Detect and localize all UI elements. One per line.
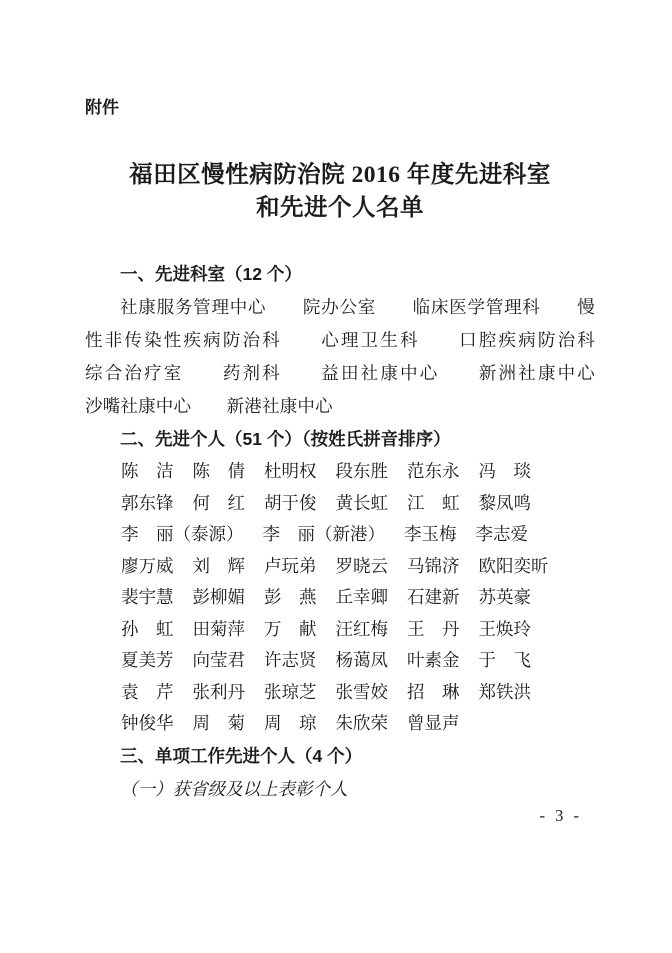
- person-name: 陈 洁: [121, 456, 174, 488]
- person-name: 王 丹: [407, 614, 460, 646]
- person-name: 向莹君: [193, 645, 246, 677]
- page-number: - 3 -: [540, 806, 583, 826]
- attachment-label: 附件: [85, 97, 595, 119]
- person-name: 马锦济: [407, 551, 460, 583]
- person-name: 朱欣荣: [336, 708, 389, 740]
- document-title: 福田区慢性病防治院 2016 年度先进科室 和先进个人名单: [85, 159, 595, 225]
- person-name: 田菊萍: [193, 614, 246, 646]
- person-name: 张利丹: [193, 677, 246, 709]
- person-name: 周 琼: [264, 708, 317, 740]
- section-heading-departments: 一、先进科室（12 个）: [85, 258, 595, 291]
- person-name: 张琼芝: [264, 677, 317, 709]
- person-name: 彭柳媚: [193, 582, 246, 614]
- person-name: 许志贤: [264, 645, 317, 677]
- person-name: 钟俊华: [121, 708, 174, 740]
- person-name: 何 红: [193, 488, 246, 520]
- individuals-name-rows: 陈 洁陈 倩杜明权段东胜范东永冯 琰郭东锋何 红胡于俊黄长虹江 虹黎凤鸣李 丽（…: [85, 456, 595, 740]
- section-special-subheading: （一）获省级及以上表彰个人: [85, 773, 595, 806]
- name-row: 廖万威刘 辉卢玩弟罗晓云马锦济欧阳奕昕: [85, 551, 595, 583]
- document-page: 附件 福田区慢性病防治院 2016 年度先进科室 和先进个人名单 一、先进科室（…: [0, 0, 672, 953]
- person-name: 裴宇慧: [121, 582, 174, 614]
- section-heading-special: 三、单项工作先进个人（4 个）: [85, 740, 595, 773]
- person-name: 刘 辉: [193, 551, 246, 583]
- person-name: 廖万威: [121, 551, 174, 583]
- person-name: 张雪姣: [336, 677, 389, 709]
- person-name: 胡于俊: [264, 488, 317, 520]
- person-name: 王焕玲: [479, 614, 532, 646]
- person-name: 汪红梅: [336, 614, 389, 646]
- person-name: 段东胜: [336, 456, 389, 488]
- name-row: 陈 洁陈 倩杜明权段东胜范东永冯 琰: [85, 456, 595, 488]
- person-name: 郭东锋: [121, 488, 174, 520]
- name-row: 郭东锋何 红胡于俊黄长虹江 虹黎凤鸣: [85, 488, 595, 520]
- person-name: 李 丽（新港）: [263, 519, 386, 551]
- person-name: 于 飞: [479, 645, 532, 677]
- person-name: 丘幸卿: [336, 582, 389, 614]
- person-name: 李玉梅: [404, 519, 457, 551]
- person-name: 招 琳: [407, 677, 460, 709]
- name-row: 裴宇慧彭柳媚彭 燕丘幸卿石建新苏英豪: [85, 582, 595, 614]
- name-row: 袁 芹张利丹张琼芝张雪姣招 琳郑铁洪: [85, 677, 595, 709]
- person-name: 杜明权: [264, 456, 317, 488]
- person-name: 杨蔼凤: [336, 645, 389, 677]
- title-line-1: 福田区慢性病防治院 2016 年度先进科室: [85, 159, 595, 192]
- departments-paragraph: 社康服务管理中心 院办公室 临床医学管理科 慢性非传染性疾病防治科 心理卫生科 …: [85, 291, 595, 423]
- person-name: 黎凤鸣: [479, 488, 532, 520]
- section-heading-individuals: 二、先进个人（51 个）（按姓氏拼音排序）: [85, 423, 595, 456]
- name-row: 夏美芳向莹君许志贤杨蔼凤叶素金于 飞: [85, 645, 595, 677]
- person-name: 李 丽（泰源）: [121, 519, 244, 551]
- person-name: 李志爱: [476, 519, 529, 551]
- name-row: 钟俊华周 菊周 琼朱欣荣曾显声: [85, 708, 595, 740]
- person-name: 孙 虹: [121, 614, 174, 646]
- person-name: 袁 芹: [121, 677, 174, 709]
- person-name: 苏英豪: [479, 582, 532, 614]
- person-name: 黄长虹: [336, 488, 389, 520]
- person-name: 卢玩弟: [264, 551, 317, 583]
- title-line-2: 和先进个人名单: [85, 192, 595, 225]
- person-name: 夏美芳: [121, 645, 174, 677]
- person-name: 叶素金: [407, 645, 460, 677]
- person-name: 陈 倩: [193, 456, 246, 488]
- person-name: 彭 燕: [264, 582, 317, 614]
- person-name: 冯 琰: [479, 456, 532, 488]
- person-name: 范东永: [407, 456, 460, 488]
- person-name: 郑铁洪: [479, 677, 532, 709]
- person-name: 周 菊: [193, 708, 246, 740]
- person-name: 欧阳奕昕: [479, 551, 549, 583]
- person-name: 万 献: [264, 614, 317, 646]
- person-name: 石建新: [407, 582, 460, 614]
- person-name: 罗晓云: [336, 551, 389, 583]
- name-row: 孙 虹田菊萍万 献汪红梅王 丹王焕玲: [85, 614, 595, 646]
- name-row: 李 丽（泰源）李 丽（新港）李玉梅李志爱: [85, 519, 595, 551]
- person-name: 江 虹: [407, 488, 460, 520]
- person-name: 曾显声: [407, 708, 460, 740]
